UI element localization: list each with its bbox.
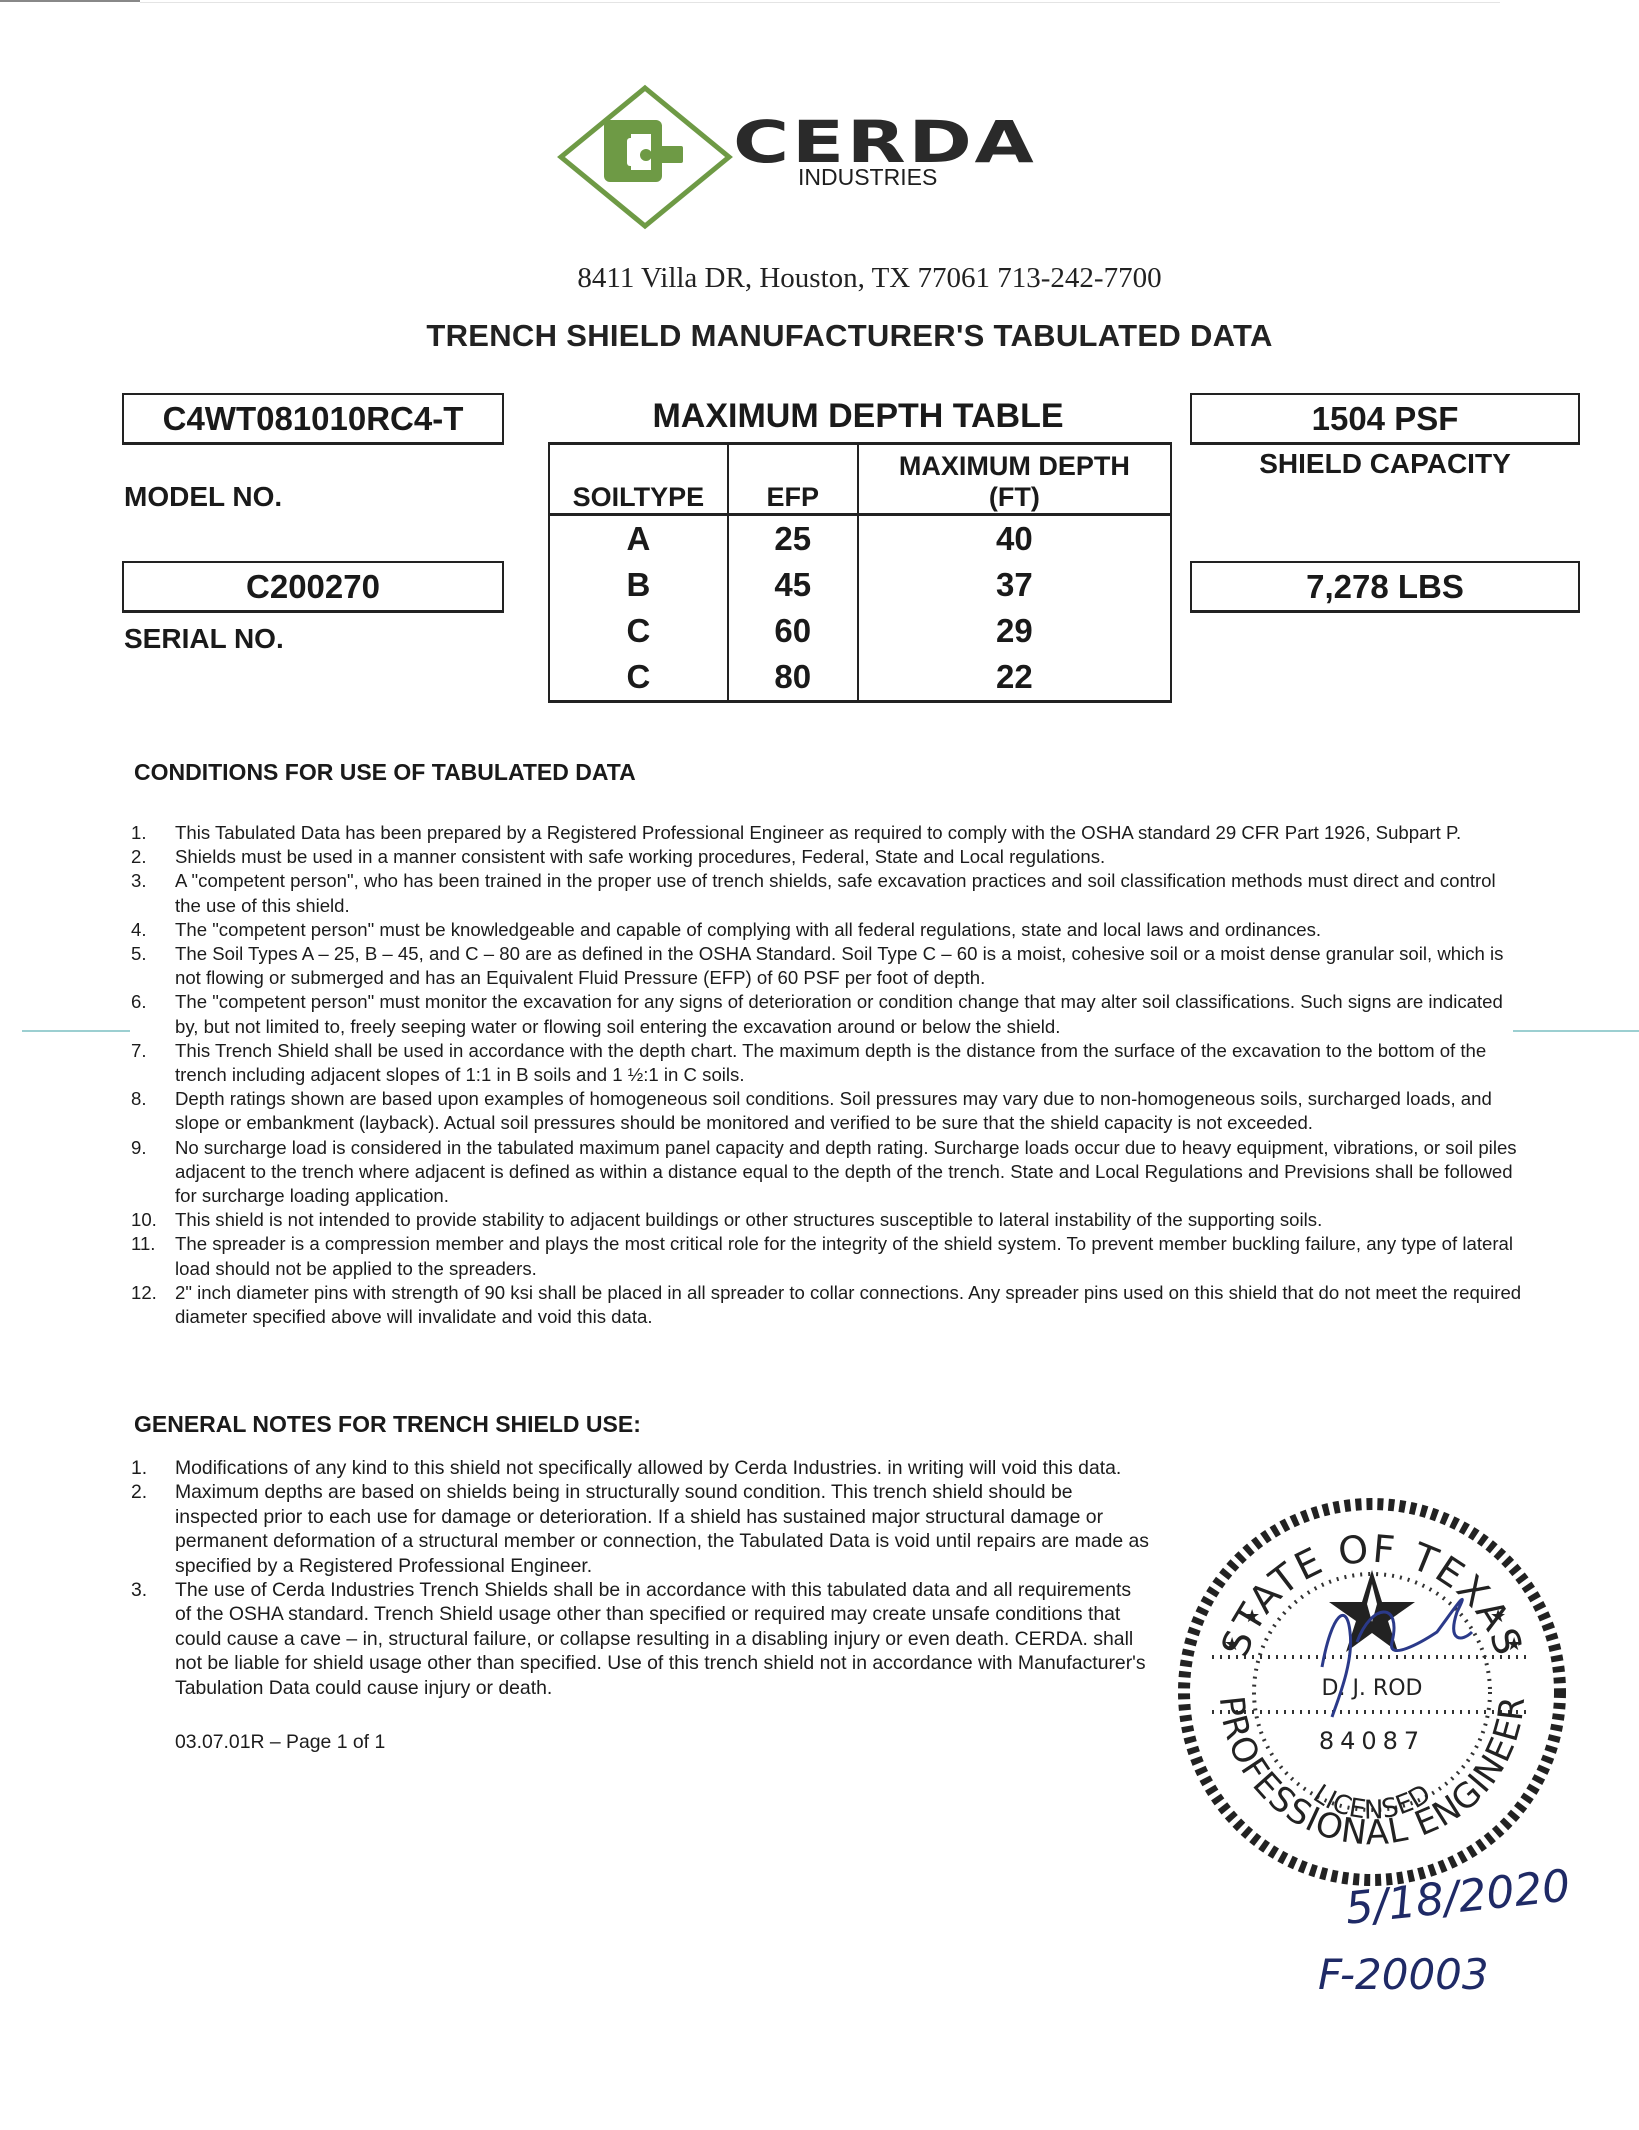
shield-weight-box: 7,278 LBS [1190, 561, 1580, 613]
list-item: 1.Modifications of any kind to this shie… [131, 1456, 1151, 1480]
list-item: 10.This shield is not intended to provid… [131, 1208, 1526, 1232]
model-number-box: C4WT081010RC4-T [122, 393, 504, 445]
depth-table: SOILTYPE EFP MAXIMUM DEPTH (FT) A 25 40 … [548, 442, 1172, 703]
document-code: 03.07.01R – Page 1 of 1 [175, 1731, 385, 1754]
list-item: 3.A "competent person", who has been tra… [131, 869, 1526, 917]
list-item: 4.The "competent person" must be knowled… [131, 918, 1526, 942]
document-title: TRENCH SHIELD MANUFACTURER'S TABULATED D… [0, 318, 1639, 354]
efp-value: 60 [728, 608, 858, 654]
list-item: 2.Shields must be used in a manner consi… [131, 845, 1526, 869]
shield-capacity-label: SHIELD CAPACITY [1190, 448, 1580, 480]
table-row: C 60 29 [549, 608, 1171, 654]
svg-text:★: ★ [1490, 1606, 1506, 1626]
model-number: C4WT081010RC4-T [163, 400, 464, 438]
scan-edge-line [0, 0, 140, 2]
list-item: 1.This Tabulated Data has been prepared … [131, 821, 1526, 845]
soil-type: A [549, 515, 728, 563]
engineer-seal-icon: STATE OF TEXAS PROFESSIONAL ENGINEER LIC… [1172, 1492, 1572, 1892]
max-depth-value: 40 [858, 515, 1171, 563]
company-address: 8411 Villa DR, Houston, TX 77061 713-242… [0, 262, 1639, 295]
list-item: 9.No surcharge load is considered in the… [131, 1136, 1526, 1209]
scan-edge-line [140, 2, 1500, 3]
list-item: 2.Maximum depths are based on shields be… [131, 1480, 1151, 1578]
general-notes-list: 1.Modifications of any kind to this shie… [131, 1456, 1151, 1700]
conditions-heading: CONDITIONS FOR USE OF TABULATED DATA [134, 759, 636, 786]
svg-text:★: ★ [1224, 1634, 1240, 1654]
shield-capacity: 1504 PSF [1312, 400, 1459, 438]
list-item: 8.Depth ratings shown are based upon exa… [131, 1087, 1526, 1135]
depth-table-title: MAXIMUM DEPTH TABLE [548, 397, 1168, 436]
company-subtitle: INDUSTRIES [798, 164, 937, 191]
efp-value: 45 [728, 562, 858, 608]
header-max-depth: MAXIMUM DEPTH (FT) [858, 444, 1171, 515]
serial-label: SERIAL NO. [124, 623, 284, 655]
seal-engineer-name: D. J. ROD [1322, 1676, 1423, 1701]
shield-weight: 7,278 LBS [1306, 568, 1464, 606]
table-row: A 25 40 [549, 515, 1171, 563]
seal-license-number: 84087 [1319, 1727, 1425, 1755]
soil-type: C [549, 654, 728, 702]
list-item: 12.2" inch diameter pins with strength o… [131, 1281, 1526, 1329]
max-depth-value: 22 [858, 654, 1171, 702]
list-item: 3.The use of Cerda Industries Trench Shi… [131, 1578, 1151, 1700]
scan-mark-line [22, 1030, 130, 1032]
svg-text:PROFESSIONAL ENGINEER: PROFESSIONAL ENGINEER [1211, 1694, 1534, 1854]
table-row: C 80 22 [549, 654, 1171, 702]
efp-value: 25 [728, 515, 858, 563]
svg-text:★: ★ [1506, 1634, 1522, 1654]
table-row: B 45 37 [549, 562, 1171, 608]
scan-mark-line [1513, 1030, 1639, 1032]
efp-value: 80 [728, 654, 858, 702]
list-item: 5.The Soil Types A – 25, B – 45, and C –… [131, 942, 1526, 990]
max-depth-value: 29 [858, 608, 1171, 654]
header-efp: EFP [728, 444, 858, 515]
header-soiltype: SOILTYPE [549, 444, 728, 515]
shield-capacity-box: 1504 PSF [1190, 393, 1580, 445]
list-item: 6.The "competent person" must monitor th… [131, 990, 1526, 1038]
serial-number: C200270 [246, 568, 380, 606]
general-notes-heading: GENERAL NOTES FOR TRENCH SHIELD USE: [134, 1411, 641, 1438]
firm-number: F-20003 [1318, 1950, 1489, 1999]
cerda-logo-icon [557, 82, 737, 232]
list-item: 11.The spreader is a compression member … [131, 1232, 1526, 1280]
soil-type: B [549, 562, 728, 608]
serial-number-box: C200270 [122, 561, 504, 613]
depth-table-header: SOILTYPE EFP MAXIMUM DEPTH (FT) [549, 444, 1171, 515]
conditions-list: 1.This Tabulated Data has been prepared … [131, 821, 1526, 1329]
svg-text:★: ★ [1244, 1606, 1260, 1626]
model-label: MODEL NO. [124, 481, 282, 513]
max-depth-value: 37 [858, 562, 1171, 608]
list-item: 7.This Trench Shield shall be used in ac… [131, 1039, 1526, 1087]
soil-type: C [549, 608, 728, 654]
